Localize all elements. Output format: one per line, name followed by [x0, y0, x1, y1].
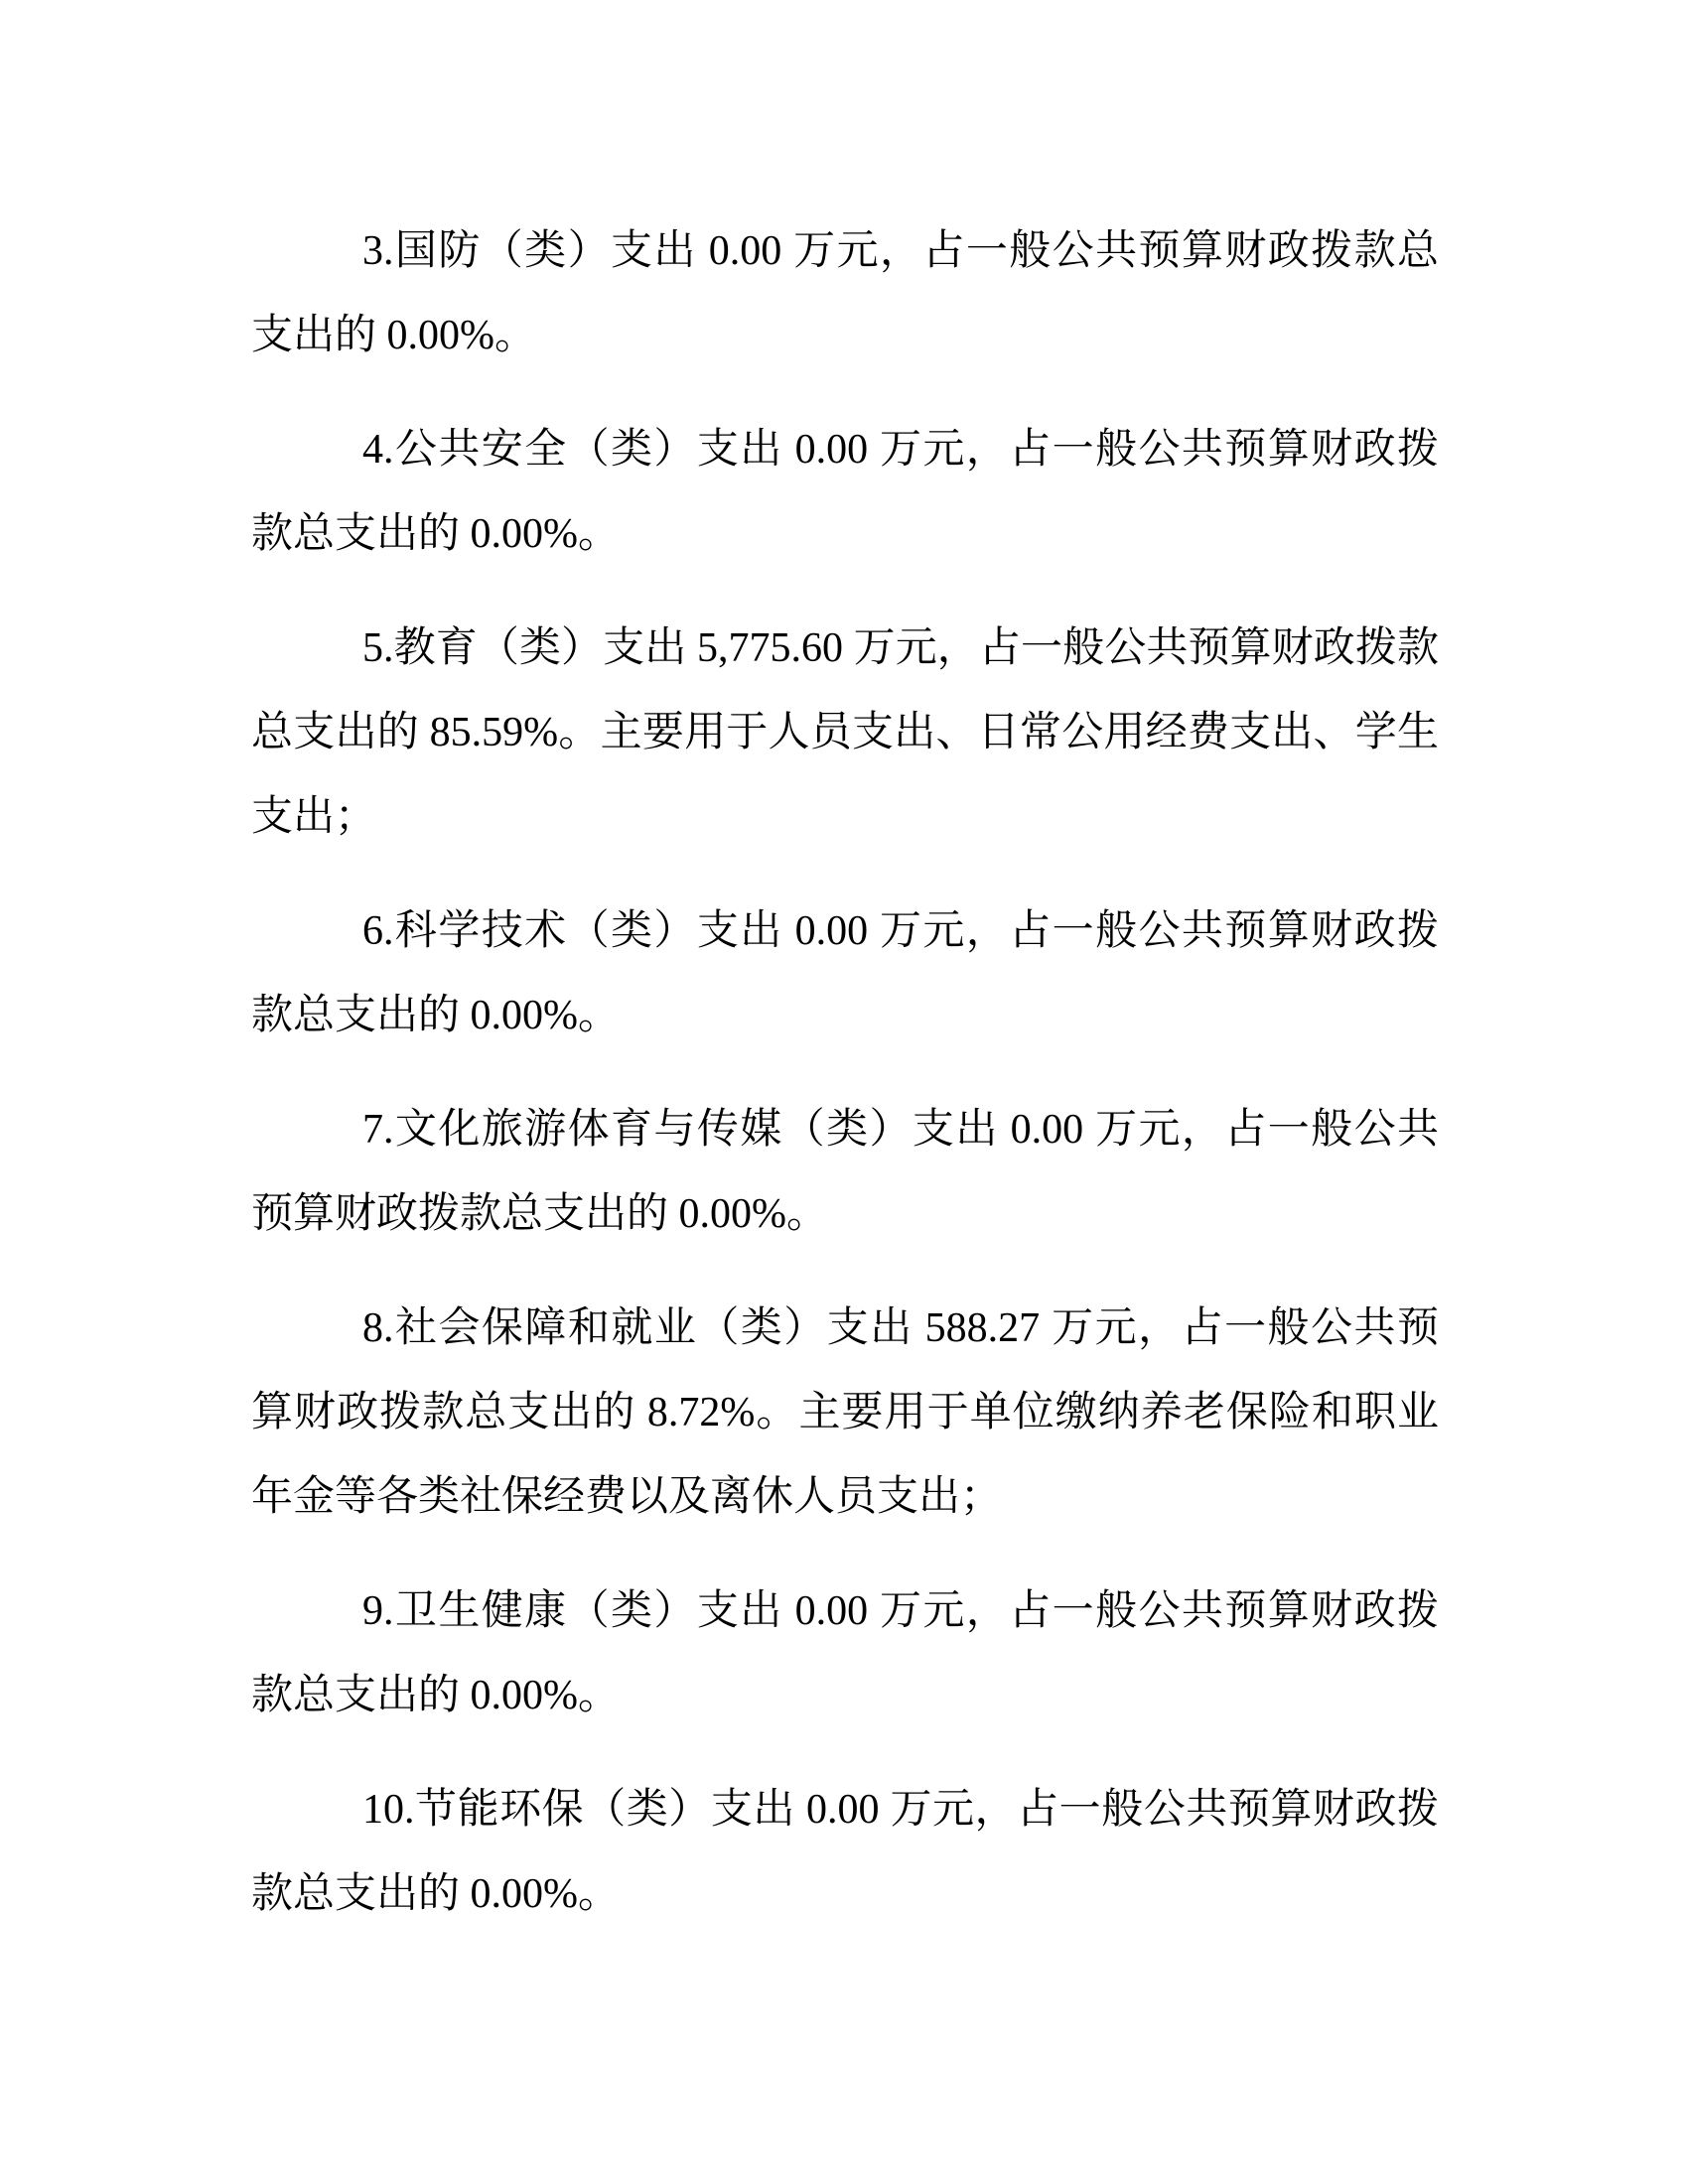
paragraph-social-security-employment: 8.社会保障和就业（类）支出 588.27 万元，占一般公共预算财政拨款总支出的…: [251, 1287, 1439, 1540]
paragraph-public-safety: 4.公共安全（类）支出 0.00 万元，占一般公共预算财政拨款总支出的 0.00…: [251, 408, 1439, 577]
paragraph-science-technology: 6.科学技术（类）支出 0.00 万元，占一般公共预算财政拨款总支出的 0.00…: [251, 889, 1439, 1058]
paragraph-national-defense: 3.国防（类）支出 0.00 万元，占一般公共预算财政拨款总支出的 0.00%。: [251, 209, 1439, 378]
paragraph-health: 9.卫生健康（类）支出 0.00 万元，占一般公共预算财政拨款总支出的 0.00…: [251, 1570, 1439, 1738]
paragraph-culture-tourism-sports-media: 7.文化旅游体育与传媒（类）支出 0.00 万元，占一般公共预算财政拨款总支出的…: [251, 1088, 1439, 1257]
document-page: 3.国防（类）支出 0.00 万元，占一般公共预算财政拨款总支出的 0.00%。…: [0, 0, 1688, 2184]
document-body: 3.国防（类）支出 0.00 万元，占一般公共预算财政拨款总支出的 0.00%。…: [251, 209, 1439, 1937]
paragraph-energy-conservation-environment: 10.节能环保（类）支出 0.00 万元，占一般公共预算财政拨款总支出的 0.0…: [251, 1768, 1439, 1937]
paragraph-education: 5.教育（类）支出 5,775.60 万元，占一般公共预算财政拨款总支出的 85…: [251, 607, 1439, 860]
